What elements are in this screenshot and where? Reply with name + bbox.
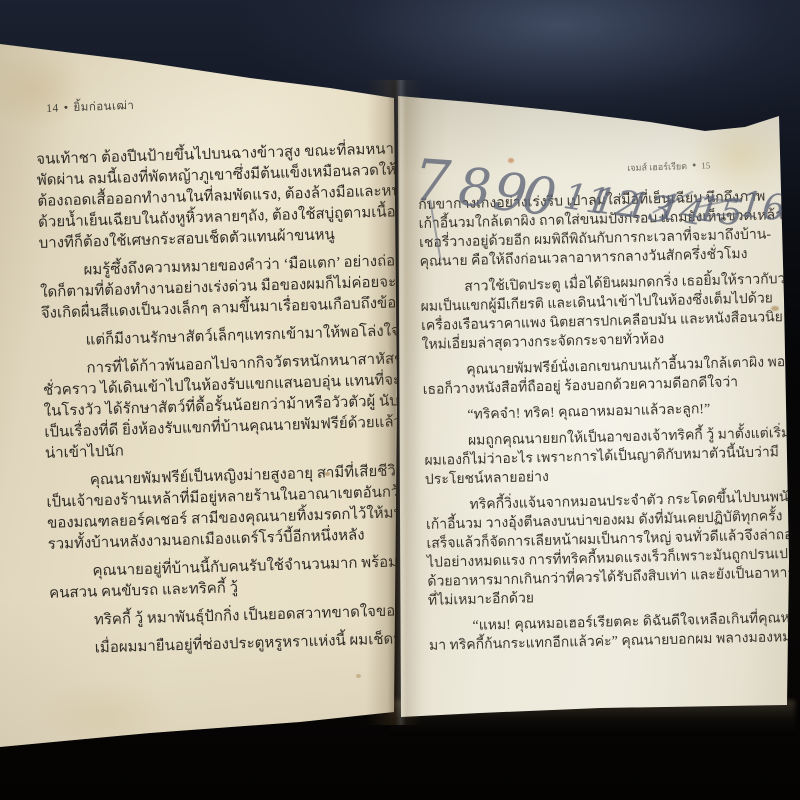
bullet-separator-icon: ● xyxy=(64,103,69,111)
author-name: เจมส์ เฮอร์เรียต xyxy=(627,161,687,173)
right-page-body-text: กับขากางเกงอย่างเร่งรีบ เป่าลมใส่มือที่เ… xyxy=(418,188,774,656)
text-line: เมื่อผมมายืนอยู่ที่ช่องประตูหรูหราแห่งนี… xyxy=(51,630,391,661)
page-header-left: 14●ยิ้มก่อนเฒ่า xyxy=(46,97,135,118)
page-number-left: 14 xyxy=(46,103,59,115)
left-page-body-text: จนเท้าชา ต้องปีนป้ายขึ้นไปบนฉางข้าวสูง ข… xyxy=(36,140,391,661)
handwritten-number: 15 xyxy=(694,188,745,235)
page-header-right: เจมส์ เฮอร์เรียต●15 xyxy=(627,158,711,175)
speck xyxy=(356,674,361,678)
book-title: ยิ้มก่อนเฒ่า xyxy=(73,100,134,114)
text-line: ทริคกี้ วู้ หมาพันธุ์ปักกิ่ง เป็นยอดสวาท… xyxy=(50,602,390,633)
page-number-right: 15 xyxy=(701,160,710,170)
handwritten-digit: 8 xyxy=(457,158,493,220)
text-line: “ทริคจ๋า! ทริค! คุณอาหมอมาแล้วละลูก!” xyxy=(423,399,768,426)
book-photo-scene: 14●ยิ้มก่อนเฒ่า จนเท้าชา ต้องปีนป้ายขึ้น… xyxy=(0,0,800,800)
bullet-separator-icon: ● xyxy=(692,161,696,169)
stain xyxy=(0,50,90,130)
text-line: แต่ก็มีงานรักษาสัตว์เล็กๆแทรกเข้ามาให้พอ… xyxy=(41,322,381,353)
